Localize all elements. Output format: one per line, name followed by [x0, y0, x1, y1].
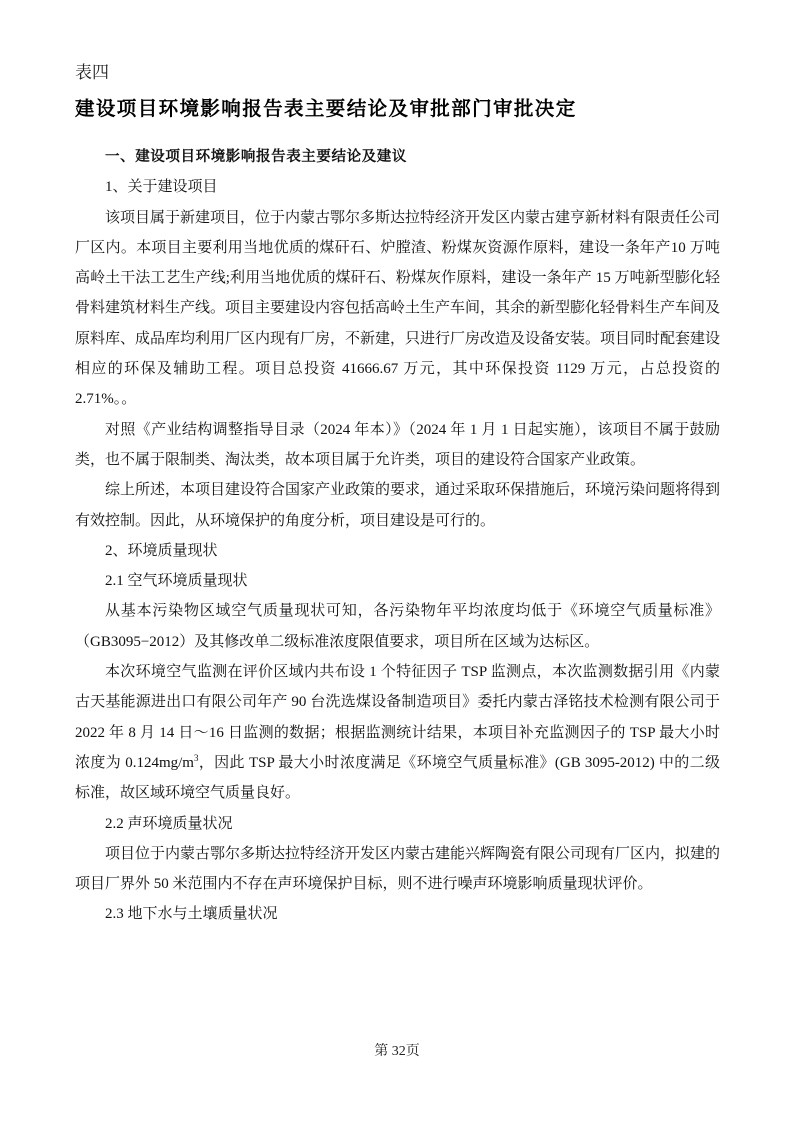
paragraph: 综上所述，本项目建设符合国家产业政策的要求，通过采取环保措施后，环境污染问题将得…	[75, 475, 720, 536]
paragraph: 本次环境空气监测在评价区域内共布设 1 个特征因子 TSP 监测点，本次监测数据…	[75, 657, 720, 808]
subsection-heading: 2.3 地下水与土壤质量状况	[75, 899, 720, 929]
document-page: 表四 建设项目环境影响报告表主要结论及审批部门审批决定 一、建设项目环境影响报告…	[0, 0, 794, 1123]
table-label: 表四	[75, 58, 109, 83]
section-heading: 一、建设项目环境影响报告表主要结论及建议	[75, 142, 720, 172]
paragraph: 对照《产业结构调整指导目录（2024 年本）》（2024 年 1 月 1 日起实…	[75, 415, 720, 476]
subsection-heading: 2.1 空气环境质量现状	[75, 566, 720, 596]
subsection-heading: 1、关于建设项目	[75, 172, 720, 202]
paragraph: 从基本污染物区域空气质量现状可知，各污染物年平均浓度均低于《环境空气质量标准》（…	[75, 596, 720, 657]
page-title: 建设项目环境影响报告表主要结论及审批部门审批决定	[75, 93, 577, 121]
document-body: 一、建设项目环境影响报告表主要结论及建议 1、关于建设项目 该项目属于新建项目，…	[75, 142, 720, 930]
paragraph: 该项目属于新建项目，位于内蒙古鄂尔多斯达拉特经济开发区内蒙古建亨新材料有限责任公…	[75, 203, 720, 415]
subsection-heading: 2.2 声环境质量状况	[75, 809, 720, 839]
subsection-heading: 2、环境质量现状	[75, 536, 720, 566]
page-number: 第 32页	[0, 1040, 794, 1060]
paragraph: 项目位于内蒙古鄂尔多斯达拉特经济开发区内蒙古建能兴辉陶瓷有限公司现有厂区内，拟建…	[75, 839, 720, 900]
